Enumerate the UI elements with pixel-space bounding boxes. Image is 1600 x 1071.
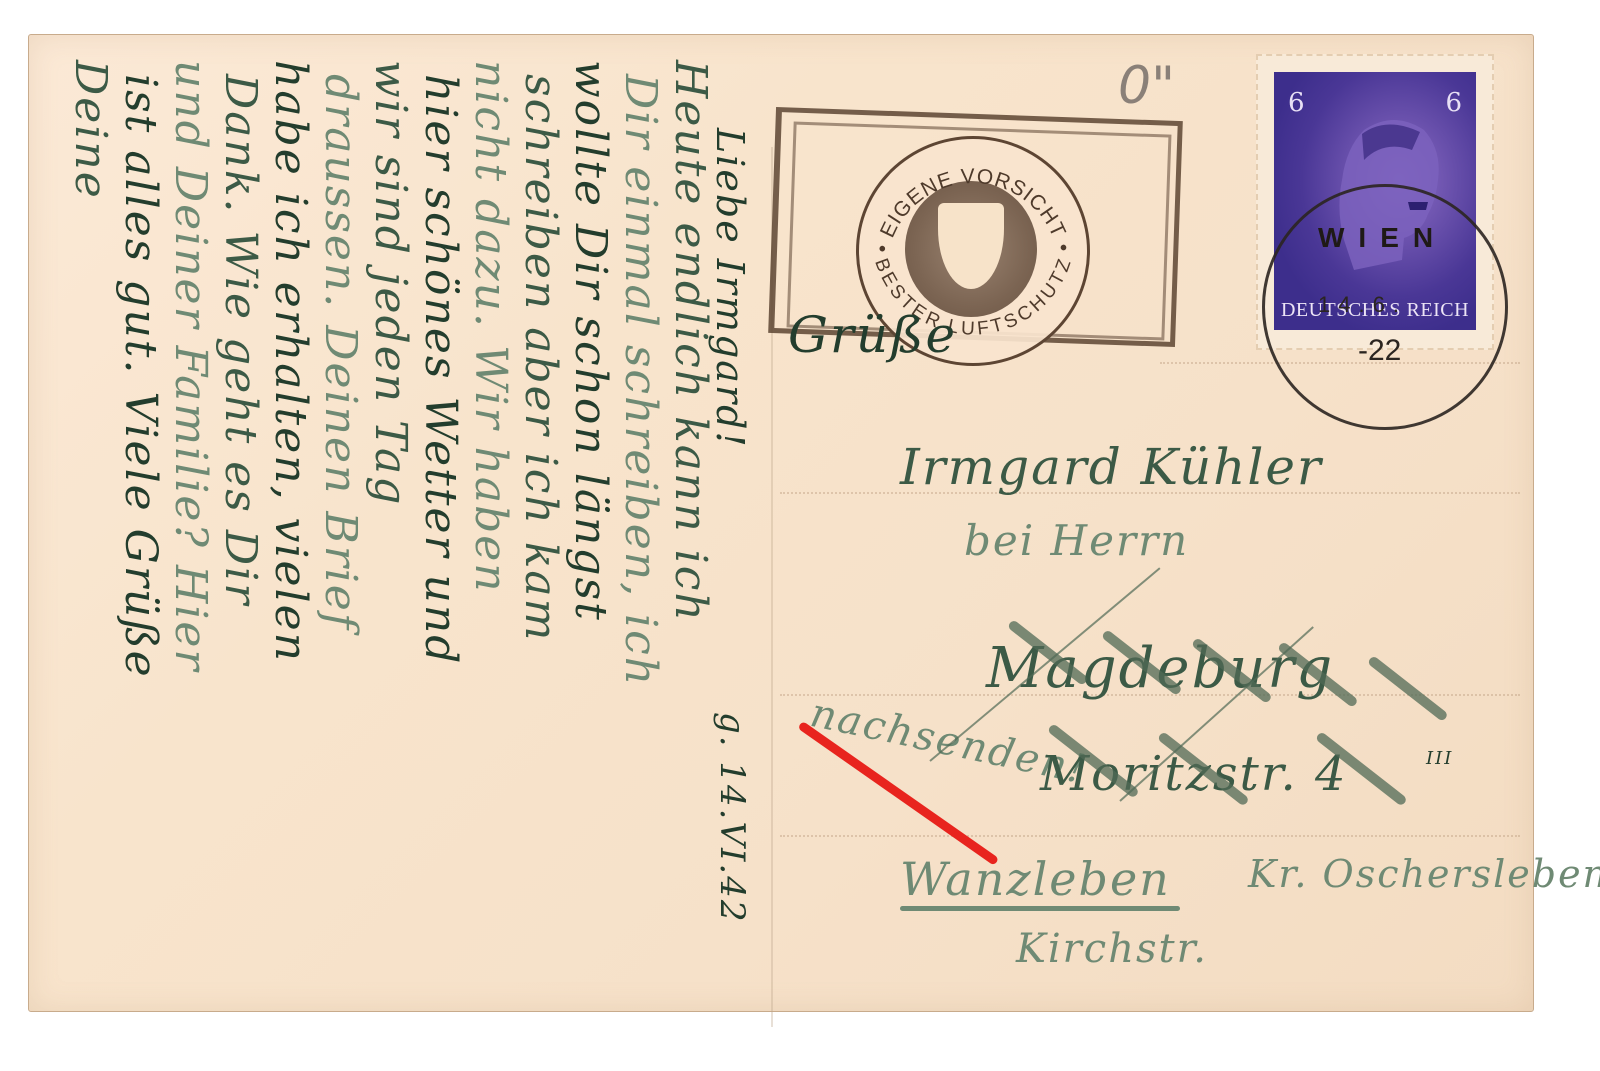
- letter-line: Dir einmal schreiben, ich: [618, 74, 662, 687]
- letter-line: Heute endlich kann ich: [668, 60, 712, 623]
- letter-line: habe ich erhalten, vielen: [268, 60, 312, 663]
- new-city-underline: [900, 906, 1180, 911]
- letter-line: Deine: [68, 60, 112, 200]
- letter-salutation: Liebe Irmgard!: [708, 128, 752, 449]
- street-floor: III: [1426, 748, 1453, 769]
- letter-line: Dank. Wie geht es Dir: [218, 74, 262, 606]
- postmark-date: 14.6.: [1318, 292, 1407, 318]
- district: Kr. Oschersleben: [1248, 852, 1600, 896]
- letter-line: draussen. Deinen Brief: [318, 74, 362, 631]
- postmark-city: WIEN: [1318, 222, 1447, 254]
- letter-line: hier schönes Wetter und: [418, 74, 462, 665]
- letter-line: und Deiner Familie? Hier: [168, 60, 212, 672]
- recipient-name: Irmgard Kühler: [900, 438, 1323, 496]
- letter-date: g. 14.VI.42: [712, 712, 752, 924]
- stamp-value-left: 6: [1288, 88, 1305, 118]
- address-line: [780, 835, 1520, 837]
- letter-line: wir sind jeden Tag: [368, 60, 412, 506]
- letter-line: schreiben aber ich kam: [518, 74, 562, 642]
- letter-line: nicht dazu. Wir haben: [468, 60, 512, 594]
- recipient-care-of: bei Herrn: [964, 516, 1189, 565]
- new-street: Kirchstr.: [1016, 926, 1208, 972]
- svg-text:• EIGENE VORSICHT •: • EIGENE VORSICHT •: [871, 165, 1076, 255]
- greeting-word: Grüße: [788, 306, 957, 364]
- letter-line: ist alles gut. Viele Grüße: [118, 74, 162, 679]
- postmark-time: -22: [1358, 334, 1401, 368]
- seal-text-top: • EIGENE VORSICHT •: [871, 165, 1076, 255]
- letter-line: wollte Dir schon längst: [568, 60, 612, 622]
- pencil-mark: 0": [1118, 56, 1175, 116]
- new-city: Wanzleben: [900, 852, 1171, 906]
